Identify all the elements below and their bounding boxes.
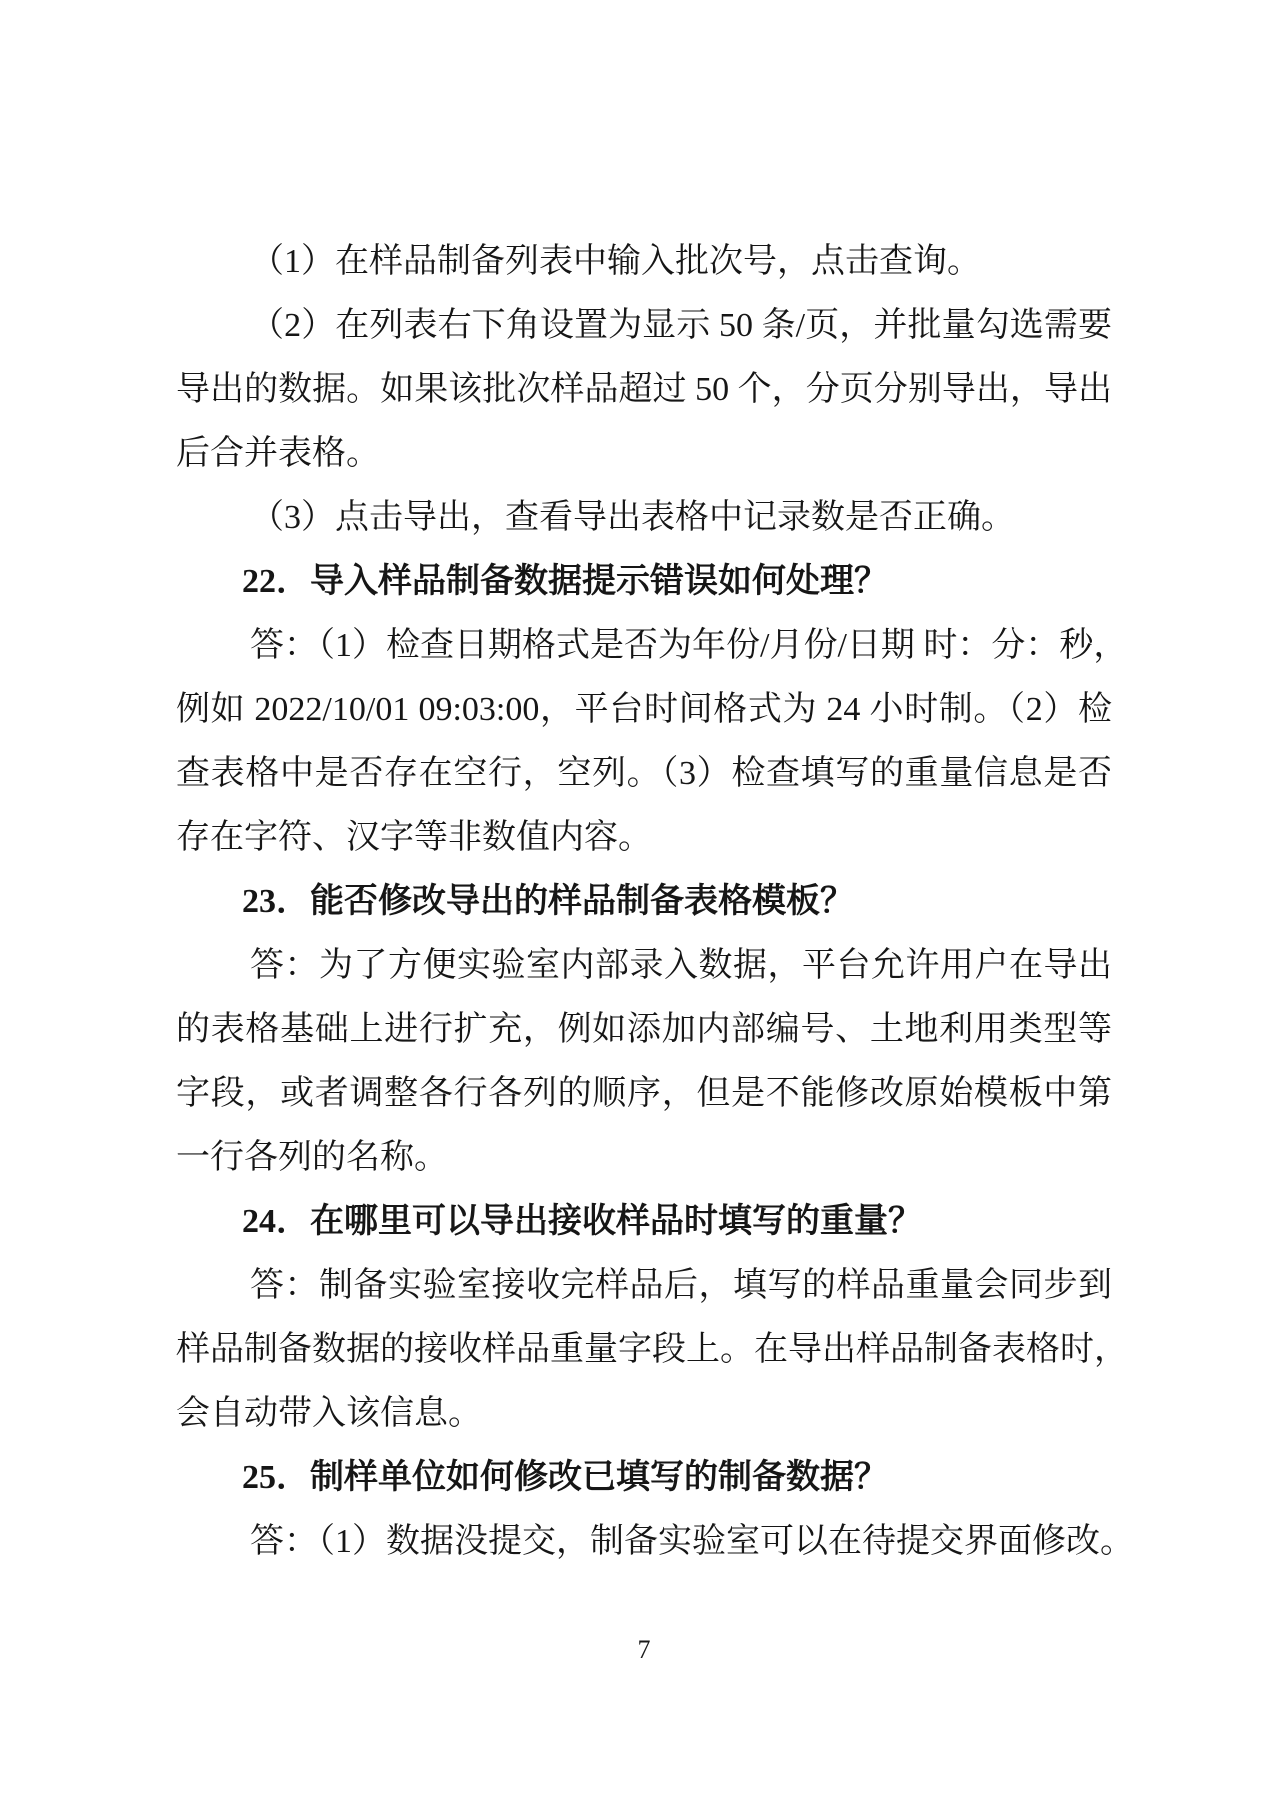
answer-line: 答：（1）数据没提交，制备实验室可以在待提交界面修改。 — [176, 1510, 1112, 1574]
page-footer: 7 — [176, 1632, 1112, 1668]
text-line: 后合并表格。 — [176, 422, 1112, 486]
text-line: 的表格基础上进行扩充，例如添加内部编号、土地利用类型等 — [176, 998, 1112, 1062]
answer-line: 答：为了方便实验室内部录入数据，平台允许用户在导出 — [176, 934, 1112, 998]
text-line: 样品制备数据的接收样品重量字段上。在导出样品制备表格时， — [176, 1318, 1112, 1382]
text-line: 会自动带入该信息。 — [176, 1382, 1112, 1446]
step-line: （3）点击导出，查看导出表格中记录数是否正确。 — [176, 486, 1112, 550]
text-line: 一行各列的名称。 — [176, 1126, 1112, 1190]
answer-line: 答：（1）检查日期格式是否为年份/月份/日期 时：分：秒， — [176, 614, 1112, 678]
text-line: 导出的数据。如果该批次样品超过 50 个，分页分别导出，导出 — [176, 358, 1112, 422]
step-line: （2）在列表右下角设置为显示 50 条/页，并批量勾选需要 — [176, 294, 1112, 358]
text-line: 字段，或者调整各行各列的顺序，但是不能修改原始模板中第 — [176, 1062, 1112, 1126]
question-23-heading: 23．能否修改导出的样品制备表格模板？ — [176, 870, 1112, 934]
text-line: 查表格中是否存在空行，空列。（3）检查填写的重量信息是否 — [176, 742, 1112, 806]
question-24-heading: 24．在哪里可以导出接收样品时填写的重量？ — [176, 1190, 1112, 1254]
question-25-heading: 25．制样单位如何修改已填写的制备数据？ — [176, 1446, 1112, 1510]
text-line: 例如 2022/10/01 09:03:00，平台时间格式为 24 小时制。（2… — [176, 678, 1112, 742]
text-line: 存在字符、汉字等非数值内容。 — [176, 806, 1112, 870]
document-page: （1）在样品制备列表中输入批次号，点击查询。 （2）在列表右下角设置为显示 50… — [0, 0, 1280, 1810]
answer-line: 答：制备实验室接收完样品后，填写的样品重量会同步到 — [176, 1254, 1112, 1318]
step-line: （1）在样品制备列表中输入批次号，点击查询。 — [176, 230, 1112, 294]
page-number: 7 — [638, 1635, 651, 1664]
question-22-heading: 22．导入样品制备数据提示错误如何处理？ — [176, 550, 1112, 614]
